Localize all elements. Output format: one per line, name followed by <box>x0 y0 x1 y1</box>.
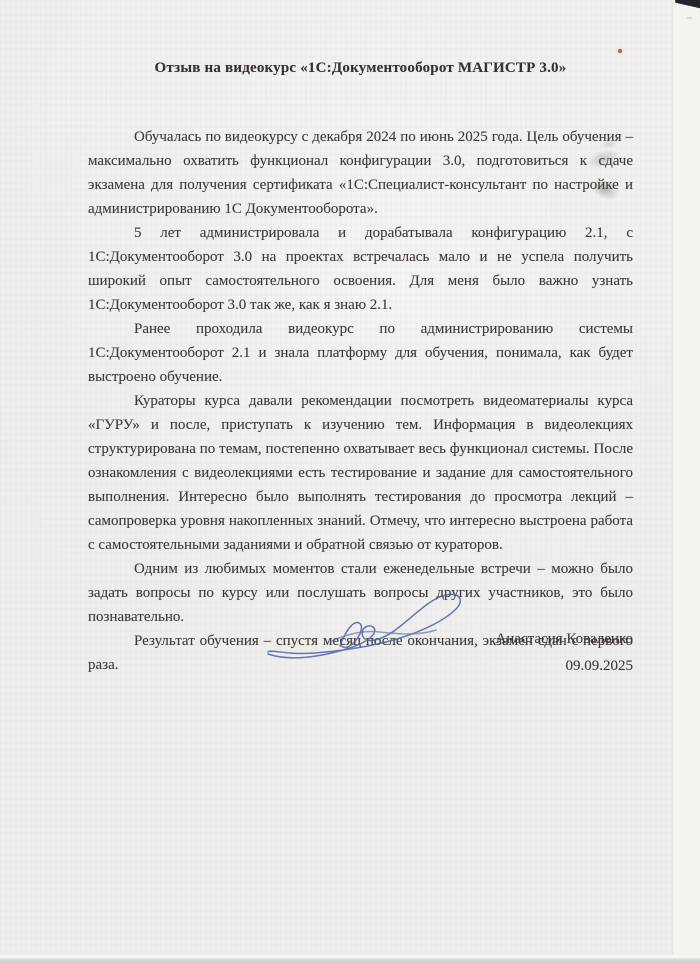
paragraph: Ранее проходила видеокурс по администрир… <box>88 317 633 389</box>
scanned-document-page: { "document": { "title": "Отзыв на видео… <box>0 0 700 963</box>
signature-date: 09.09.2025 <box>495 653 633 680</box>
document-body: Отзыв на видеокурс «1С:Документооборот М… <box>88 56 633 677</box>
signature-stroke <box>340 623 361 648</box>
handwritten-signature-icon <box>260 586 472 670</box>
signature-block: Анастасия Коваленко 09.09.2025 <box>495 626 633 680</box>
signatory-name: Анастасия Коваленко <box>495 626 633 653</box>
scan-bottom-edge <box>0 954 700 963</box>
paper-speck <box>618 49 622 53</box>
paragraph: 5 лет администрировала и дорабатывала ко… <box>88 221 633 317</box>
document-title: Отзыв на видеокурс «1С:Документооборот М… <box>88 56 633 80</box>
scan-speck <box>687 17 692 19</box>
paragraph: Кураторы курса давали рекомендации посмо… <box>88 389 633 557</box>
signature-stroke <box>268 594 460 657</box>
paragraph: Обучалась по видеокурсу с декабря 2024 п… <box>88 125 633 221</box>
scan-edge-strip <box>672 0 700 954</box>
